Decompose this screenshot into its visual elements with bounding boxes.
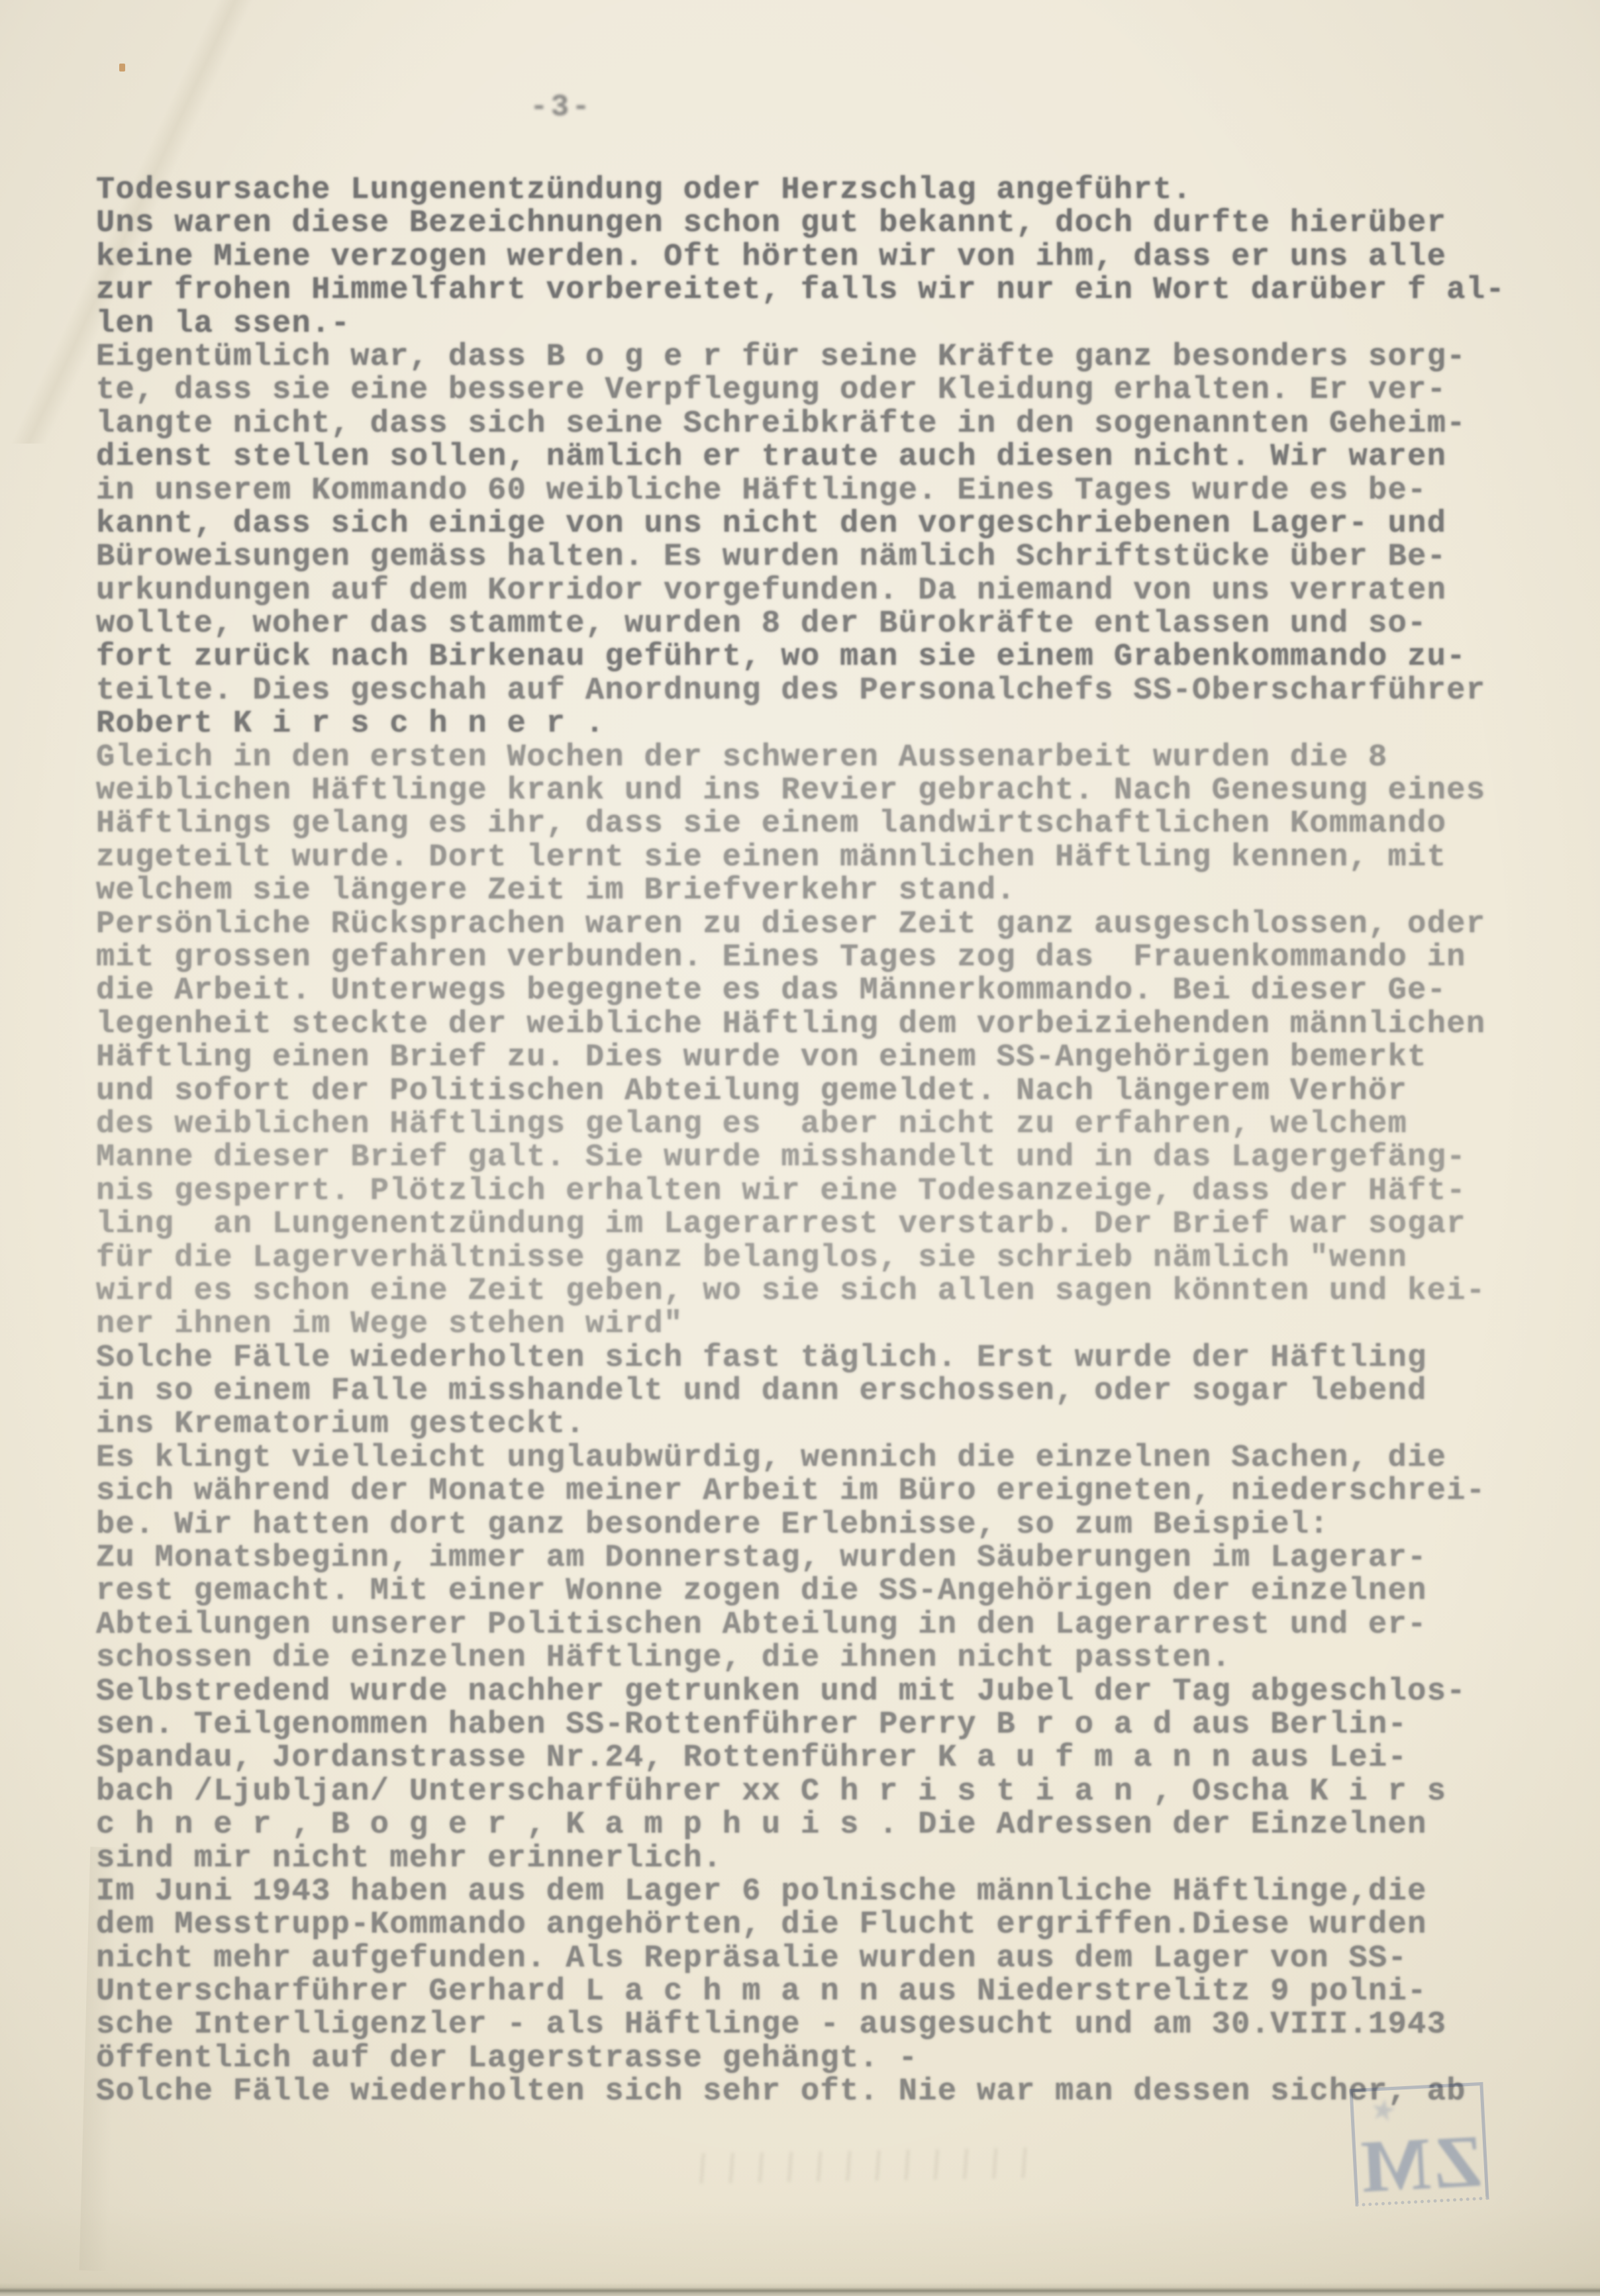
text-line: dem Messtrupp-Kommando angehörten, die F…: [96, 1909, 1560, 1942]
text-line: len la ssen.-: [96, 308, 1560, 341]
text-line: Eigentümlich war, dass B o g e r für sei…: [96, 341, 1560, 374]
text-line: Abteilungen unserer Politischen Abteilun…: [96, 1609, 1560, 1642]
text-line: Häftling einen Brief zu. Dies wurde von …: [96, 1041, 1560, 1075]
text-line: sind mir nicht mehr erinnerlich.: [96, 1842, 1560, 1876]
text-line: Todesursache Lungenentzündung oder Herzs…: [96, 174, 1560, 207]
text-line: wird es schon eine Zeit geben, wo sie si…: [96, 1275, 1560, 1308]
text-line: ins Krematorium gesteckt.: [96, 1408, 1560, 1441]
text-line: öffentlich auf der Lagerstrasse gehängt.…: [96, 2042, 1560, 2076]
text-line: die Arbeit. Unterwegs begegnete es das M…: [96, 975, 1560, 1008]
text-line: ner ihnen im Wege stehen wird": [96, 1308, 1560, 1341]
typewritten-text: Todesursache Lungenentzündung oder Herzs…: [96, 174, 1560, 2109]
text-line: in unserem Kommando 60 weibliche Häftlin…: [96, 475, 1560, 508]
text-line: Spandau, Jordanstrasse Nr.24, Rottenführ…: [96, 1742, 1560, 1775]
text-line: sen. Teilgenommen haben SS-Rottenführer …: [96, 1709, 1560, 1742]
text-line: ling an Lungenentzündung im Lagerarrest …: [96, 1208, 1560, 1241]
text-line: Robert K i r s c h n e r .: [96, 708, 1560, 741]
text-line: Es klingt vielleicht unglaubwürdig, wenn…: [96, 1442, 1560, 1475]
text-line: c h n e r , B o g e r , K a m p h u i s …: [96, 1809, 1560, 1842]
text-line: rest gemacht. Mit einer Wonne zogen die …: [96, 1575, 1560, 1608]
text-line: Unterscharführer Gerhard L a c h m a n n…: [96, 1976, 1560, 2009]
text-line: urkundungen auf dem Korridor vorgefunden…: [96, 575, 1560, 608]
text-line: dienst stellen sollen, nämlich er traute…: [96, 441, 1560, 474]
text-line: Solche Fälle wiederholten sich fast tägl…: [96, 1342, 1560, 1375]
text-line: für die Lagerverhältnisse ganz belanglos…: [96, 1242, 1560, 1275]
scanned-document-page: -3- Todesursache Lungenentzündung oder H…: [0, 0, 1600, 2296]
text-line: be. Wir hatten dort ganz besondere Erleb…: [96, 1509, 1560, 1542]
text-line: in so einem Falle misshandelt und dann e…: [96, 1375, 1560, 1408]
text-line: Uns waren diese Bezeichnungen schon gut …: [96, 207, 1560, 240]
text-line: des weiblichen Häftlings gelang es aber …: [96, 1108, 1560, 1141]
paper-speck: [119, 64, 125, 72]
text-line: keine Miene verzogen werden. Oft hörten …: [96, 241, 1560, 274]
archive-stamp: ★ ZM: [1349, 2082, 1489, 2207]
page-number: -3-: [530, 90, 593, 124]
text-line: welchem sie längere Zeit im Briefverkehr…: [96, 875, 1560, 908]
text-line: fort zurück nach Birkenau geführt, wo ma…: [96, 641, 1560, 674]
stamp-letters: ZM: [1355, 2127, 1485, 2202]
text-line: legenheit steckte der weibliche Häftling…: [96, 1008, 1560, 1041]
text-line: weiblichen Häftlinge krank und ins Revie…: [96, 775, 1560, 808]
text-line: mit grossen gefahren verbunden. Eines Ta…: [96, 941, 1560, 975]
text-line: wollte, woher das stammte, wurden 8 der …: [96, 608, 1560, 641]
text-line: und sofort der Politischen Abteilung gem…: [96, 1075, 1560, 1108]
text-line: zugeteilt wurde. Dort lernt sie einen mä…: [96, 841, 1560, 875]
pencil-smudge: [689, 2147, 1047, 2183]
text-line: Büroweisungen gemäss halten. Es wurden n…: [96, 541, 1560, 574]
text-line: Gleich in den ersten Wochen der schweren…: [96, 741, 1560, 775]
text-line: te, dass sie eine bessere Verpflegung od…: [96, 374, 1560, 407]
text-line: Zu Monatsbeginn, immer am Donnerstag, wu…: [96, 1542, 1560, 1575]
text-line: Selbstredend wurde nachher getrunken und…: [96, 1676, 1560, 1709]
text-line: schossen die einzelnen Häftlinge, die ih…: [96, 1642, 1560, 1675]
text-line: nis gesperrt. Plötzlich erhalten wir ein…: [96, 1175, 1560, 1208]
text-line: sche Interlligenzler - als Häftlinge - a…: [96, 2009, 1560, 2042]
text-line: zur frohen Himmelfahrt vorbereitet, fall…: [96, 274, 1560, 307]
text-line: Häftlings gelang es ihr, dass sie einem …: [96, 808, 1560, 841]
text-line: kannt, dass sich einige von uns nicht de…: [96, 508, 1560, 541]
scan-bottom-edge: [0, 2283, 1600, 2296]
text-line: langte nicht, dass sich seine Schreibkrä…: [96, 408, 1560, 441]
text-line: teilte. Dies geschah auf Anordnung des P…: [96, 675, 1560, 708]
text-line: bach /Ljubljan/ Unterscharführer xx C h …: [96, 1776, 1560, 1809]
text-line: Solche Fälle wiederholten sich sehr oft.…: [96, 2076, 1560, 2109]
text-line: Manne dieser Brief galt. Sie wurde missh…: [96, 1141, 1560, 1174]
text-line: nicht mehr aufgefunden. Als Repräsalie w…: [96, 1942, 1560, 1976]
text-line: sich während der Monate meiner Arbeit im…: [96, 1475, 1560, 1508]
text-line: Im Juni 1943 haben aus dem Lager 6 polni…: [96, 1876, 1560, 1909]
text-line: Persönliche Rücksprachen waren zu dieser…: [96, 908, 1560, 941]
